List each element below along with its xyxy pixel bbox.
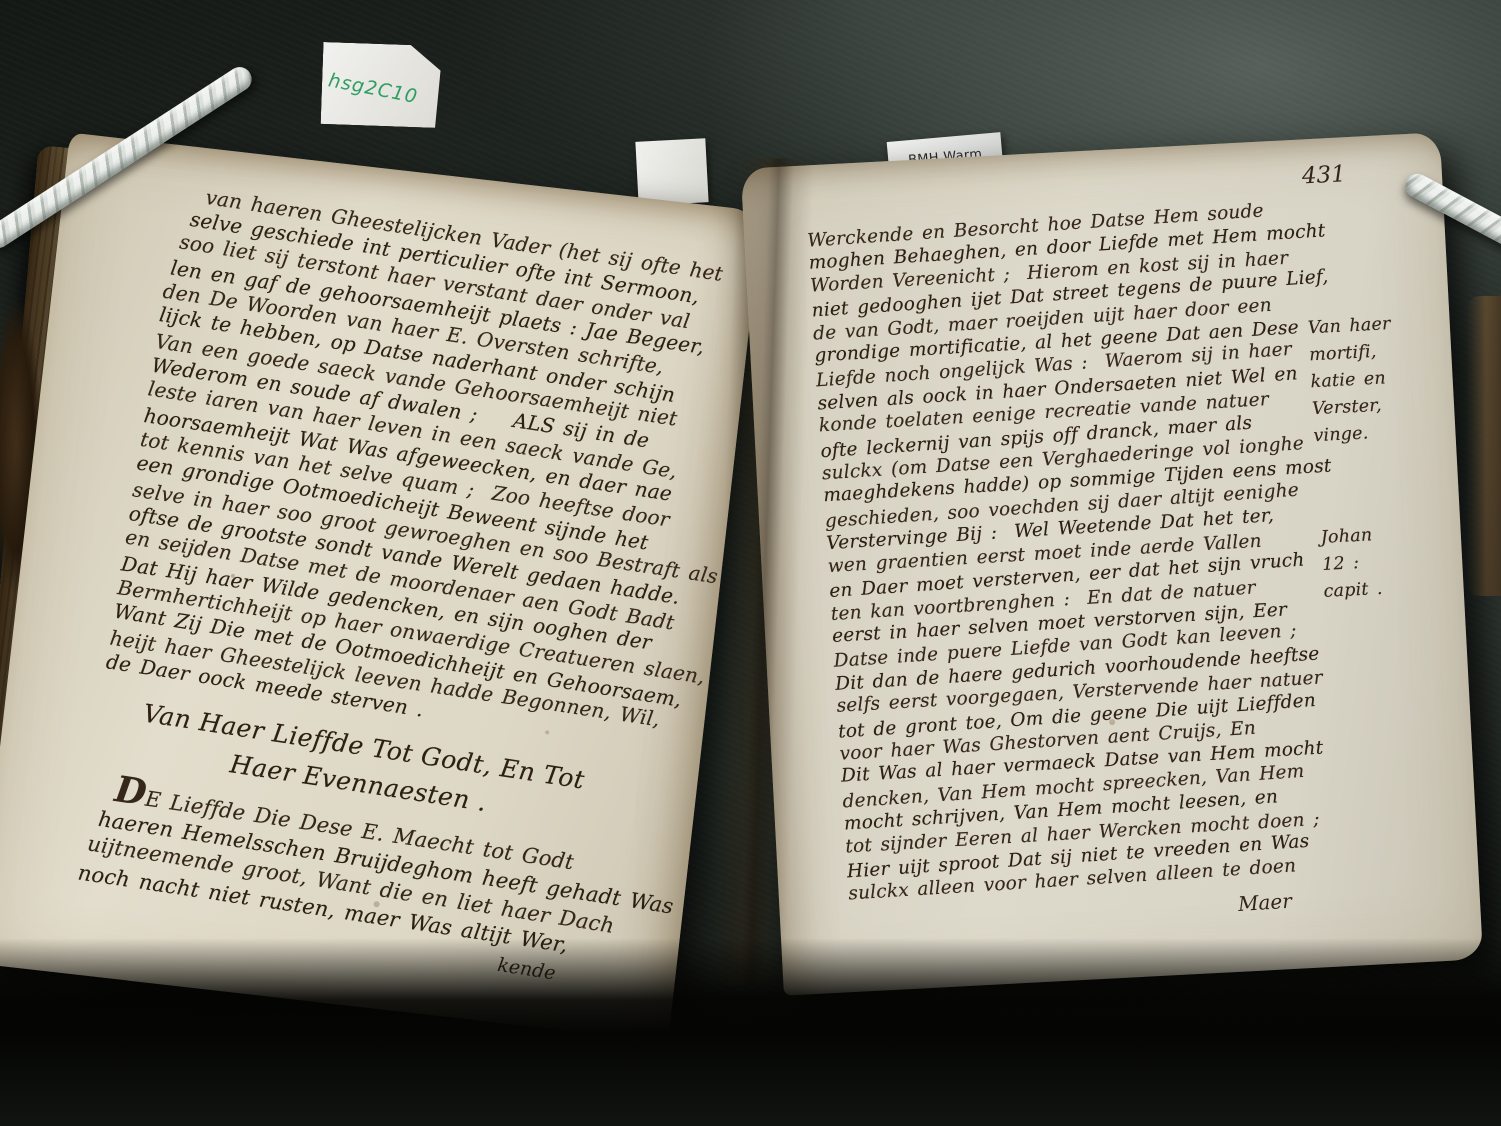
- right-book-edge: [1466, 296, 1501, 596]
- left-paragraph-1: van haeren Gheestelijcken Vader (het sij…: [105, 180, 739, 760]
- bookmark-tab: [635, 138, 708, 206]
- manuscript-photo: van haeren Gheestelijcken Vader (het sij…: [0, 0, 1501, 1126]
- right-page-text: Werckende en Besorcht hoe Datse Hem soud…: [741, 125, 1488, 944]
- shelfmark-text: hsg2C10: [327, 69, 420, 108]
- right-paragraph: Werckende en Besorcht hoe Datse Hem soud…: [807, 198, 1337, 906]
- left-page: van haeren Gheestelijcken Vader (het sij…: [0, 133, 763, 1043]
- left-page-text: van haeren Gheestelijcken Vader (het sij…: [0, 133, 759, 999]
- right-page: 431 Van haermortifi,katie enVerster,ving…: [741, 132, 1483, 996]
